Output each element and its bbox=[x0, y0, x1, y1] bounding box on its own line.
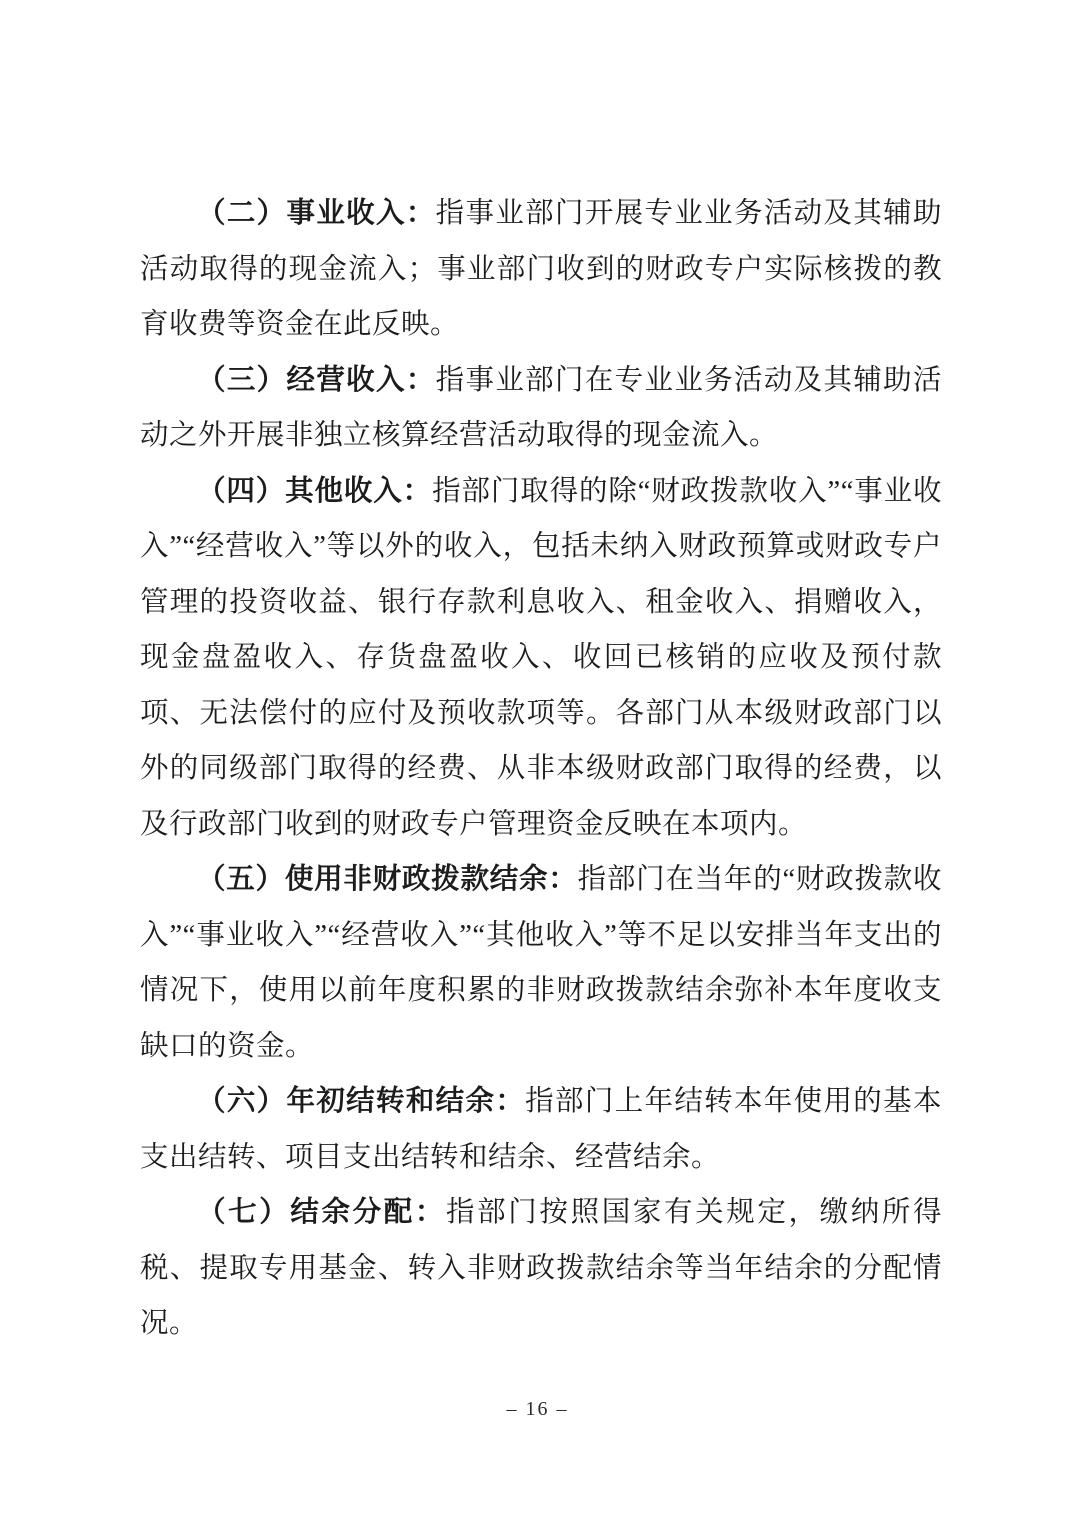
paragraph-heading: （三）经营收入： bbox=[197, 365, 436, 396]
paragraph: （三）经营收入：指事业部门在专业业务活动及其辅助活动之外开展非独立核算经营活动取… bbox=[140, 353, 942, 464]
paragraph-heading: （二）事业收入： bbox=[197, 198, 436, 229]
paragraph: （四）其他收入：指部门取得的除“财政拨款收入”“事业收入”“经营收入”等以外的收… bbox=[140, 464, 942, 853]
document-body: （二）事业收入：指事业部门开展专业业务活动及其辅助活动取得的现金流入；事业部门收… bbox=[140, 186, 942, 1352]
paragraph-heading: （七）结余分配： bbox=[197, 1197, 446, 1228]
paragraph-heading: （四）其他收入： bbox=[197, 476, 432, 507]
page-number: – 16 – bbox=[0, 1398, 1075, 1421]
paragraph-heading: （五）使用非财政拨款结余： bbox=[197, 864, 578, 895]
paragraph: （五）使用非财政拨款结余：指部门在当年的“财政拨款收入”“事业收入”“经营收入”… bbox=[140, 852, 942, 1074]
document-page: （二）事业收入：指事业部门开展专业业务活动及其辅助活动取得的现金流入；事业部门收… bbox=[0, 0, 1075, 1520]
paragraph-heading: （六）年初结转和结余： bbox=[197, 1086, 525, 1117]
paragraph: （二）事业收入：指事业部门开展专业业务活动及其辅助活动取得的现金流入；事业部门收… bbox=[140, 186, 942, 353]
paragraph: （六）年初结转和结余：指部门上年结转本年使用的基本支出结转、项目支出结转和结余、… bbox=[140, 1074, 942, 1185]
paragraph-text: 指部门取得的除“财政拨款收入”“事业收入”“经营收入”等以外的收入，包括未纳入财… bbox=[140, 476, 942, 840]
paragraph: （七）结余分配：指部门按照国家有关规定，缴纳所得税、提取专用基金、转入非财政拨款… bbox=[140, 1185, 942, 1352]
